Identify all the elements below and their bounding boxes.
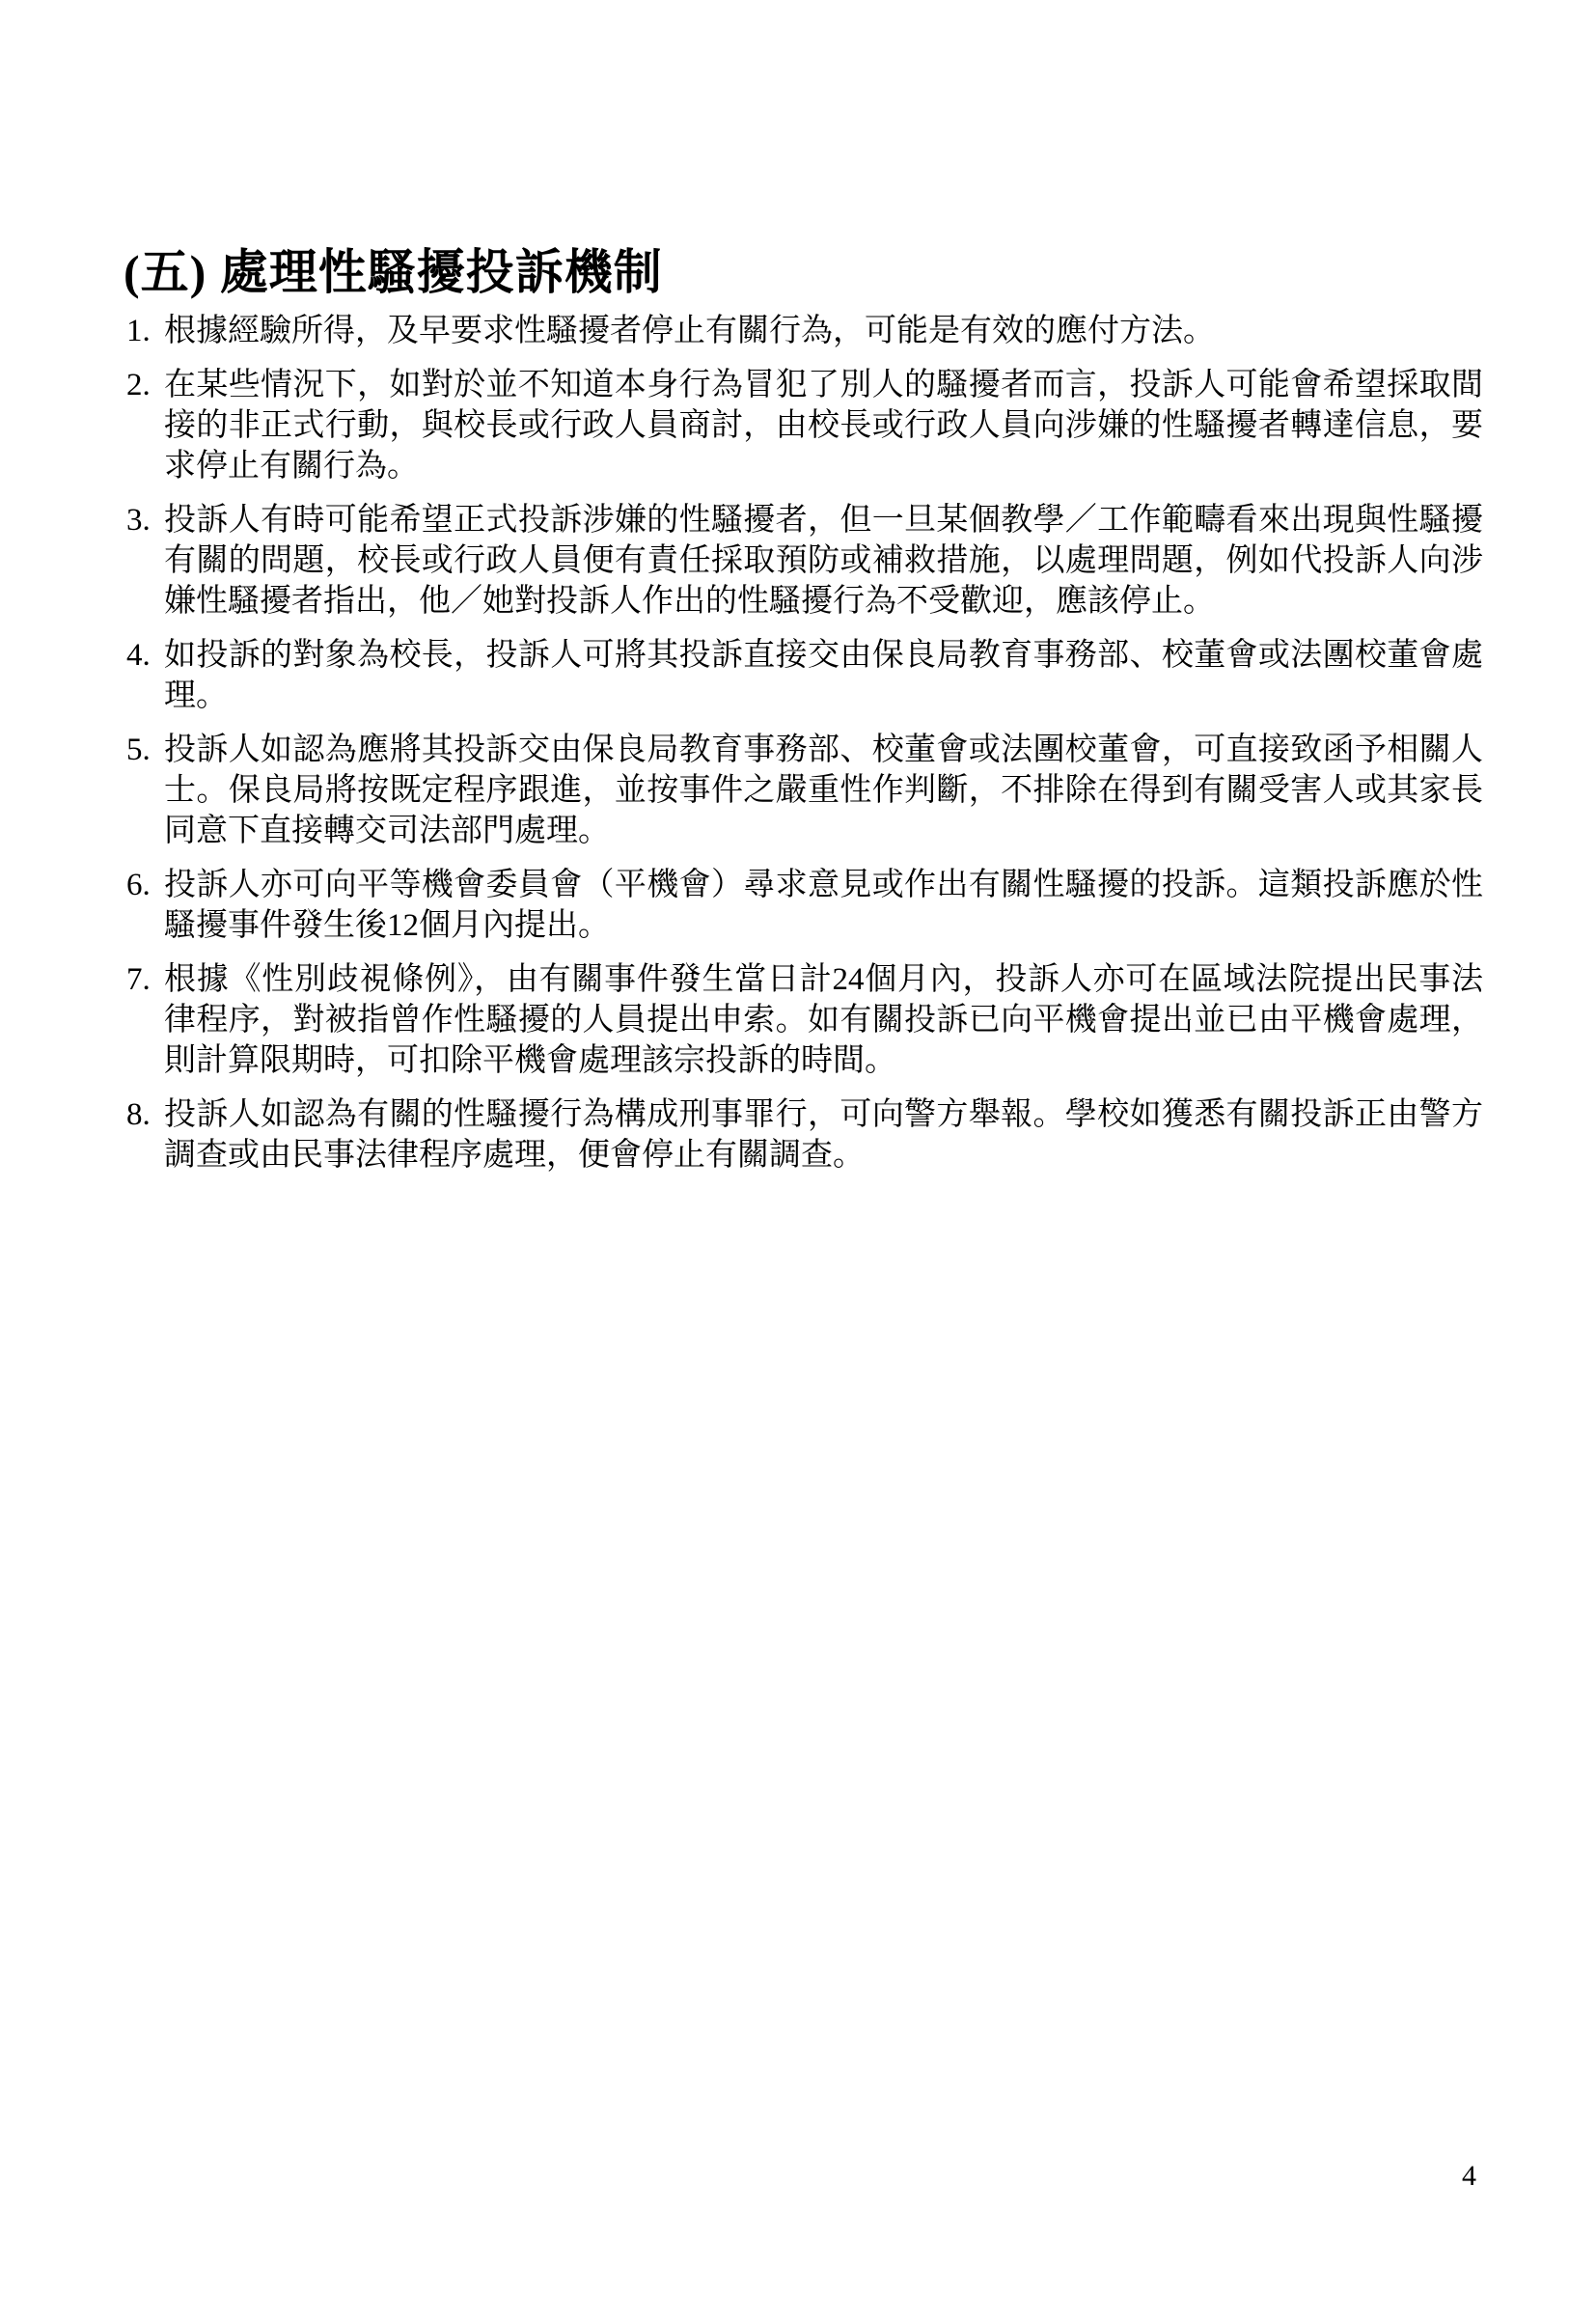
list-item: 5. 投訴人如認為應將其投訴交由保良局教育事務部、校董會或法團校董會，可直接致函… bbox=[126, 730, 1483, 851]
document-page: (五) 處理性騷擾投訴機制 1. 根據經驗所得，及早要求性騷擾者停止有關行為，可… bbox=[0, 0, 1596, 2324]
list-item-number: 5. bbox=[126, 730, 164, 770]
list-item-number: 4. bbox=[126, 635, 164, 676]
list-item: 8. 投訴人如認為有關的性騷擾行為構成刑事罪行，可向警方舉報。學校如獲悉有關投訴… bbox=[126, 1094, 1483, 1176]
list-item-number: 6. bbox=[126, 865, 164, 905]
list-item-number: 7. bbox=[126, 959, 164, 1000]
list-item-text: 投訴人亦可向平等機會委員會（平機會）尋求意見或作出有關性騷擾的投訴。這類投訴應於… bbox=[164, 868, 1483, 943]
list-item: 4. 如投訴的對象為校長，投訴人可將其投訴直接交由保良局教育事務部、校董會或法團… bbox=[126, 635, 1483, 716]
list-item: 6. 投訴人亦可向平等機會委員會（平機會）尋求意見或作出有關性騷擾的投訴。這類投… bbox=[126, 865, 1483, 946]
list-item-number: 1. bbox=[126, 311, 164, 351]
list-item: 7. 根據《性別歧視條例》，由有關事件發生當日計24個月內，投訴人亦可在區域法院… bbox=[126, 959, 1483, 1081]
list-item-text: 根據《性別歧視條例》，由有關事件發生當日計24個月內，投訴人亦可在區域法院提出民… bbox=[164, 962, 1483, 1078]
list-item-text: 根據經驗所得，及早要求性騷擾者停止有關行為，可能是有效的應付方法。 bbox=[164, 314, 1215, 348]
page-number: 4 bbox=[1462, 2160, 1476, 2193]
list-item: 2. 在某些情況下，如對於並不知道本身行為冒犯了別人的騷擾者而言，投訴人可能會希… bbox=[126, 365, 1483, 486]
list-item: 3. 投訴人有時可能希望正式投訴涉嫌的性騷擾者，但一旦某個教學／工作範疇看來出現… bbox=[126, 500, 1483, 622]
list-item-text: 投訴人如認為有關的性騷擾行為構成刑事罪行，可向警方舉報。學校如獲悉有關投訴正由警… bbox=[164, 1097, 1483, 1173]
list-item-number: 8. bbox=[126, 1094, 164, 1135]
list-item-text: 投訴人有時可能希望正式投訴涉嫌的性騷擾者，但一旦某個教學／工作範疇看來出現與性騷… bbox=[164, 503, 1483, 619]
numbered-list: 1. 根據經驗所得，及早要求性騷擾者停止有關行為，可能是有效的應付方法。 2. … bbox=[126, 311, 1483, 1189]
list-item-text: 在某些情況下，如對於並不知道本身行為冒犯了別人的騷擾者而言，投訴人可能會希望採取… bbox=[164, 368, 1483, 484]
list-item: 1. 根據經驗所得，及早要求性騷擾者停止有關行為，可能是有效的應付方法。 bbox=[126, 311, 1483, 351]
list-item-number: 2. bbox=[126, 365, 164, 405]
list-item-text: 投訴人如認為應將其投訴交由保良局教育事務部、校董會或法團校董會，可直接致函予相關… bbox=[164, 733, 1483, 848]
list-item-text: 如投訴的對象為校長，投訴人可將其投訴直接交由保良局教育事務部、校董會或法團校董會… bbox=[164, 638, 1483, 713]
section-heading: (五) 處理性騷擾投訴機制 bbox=[124, 234, 663, 303]
list-item-number: 3. bbox=[126, 500, 164, 540]
